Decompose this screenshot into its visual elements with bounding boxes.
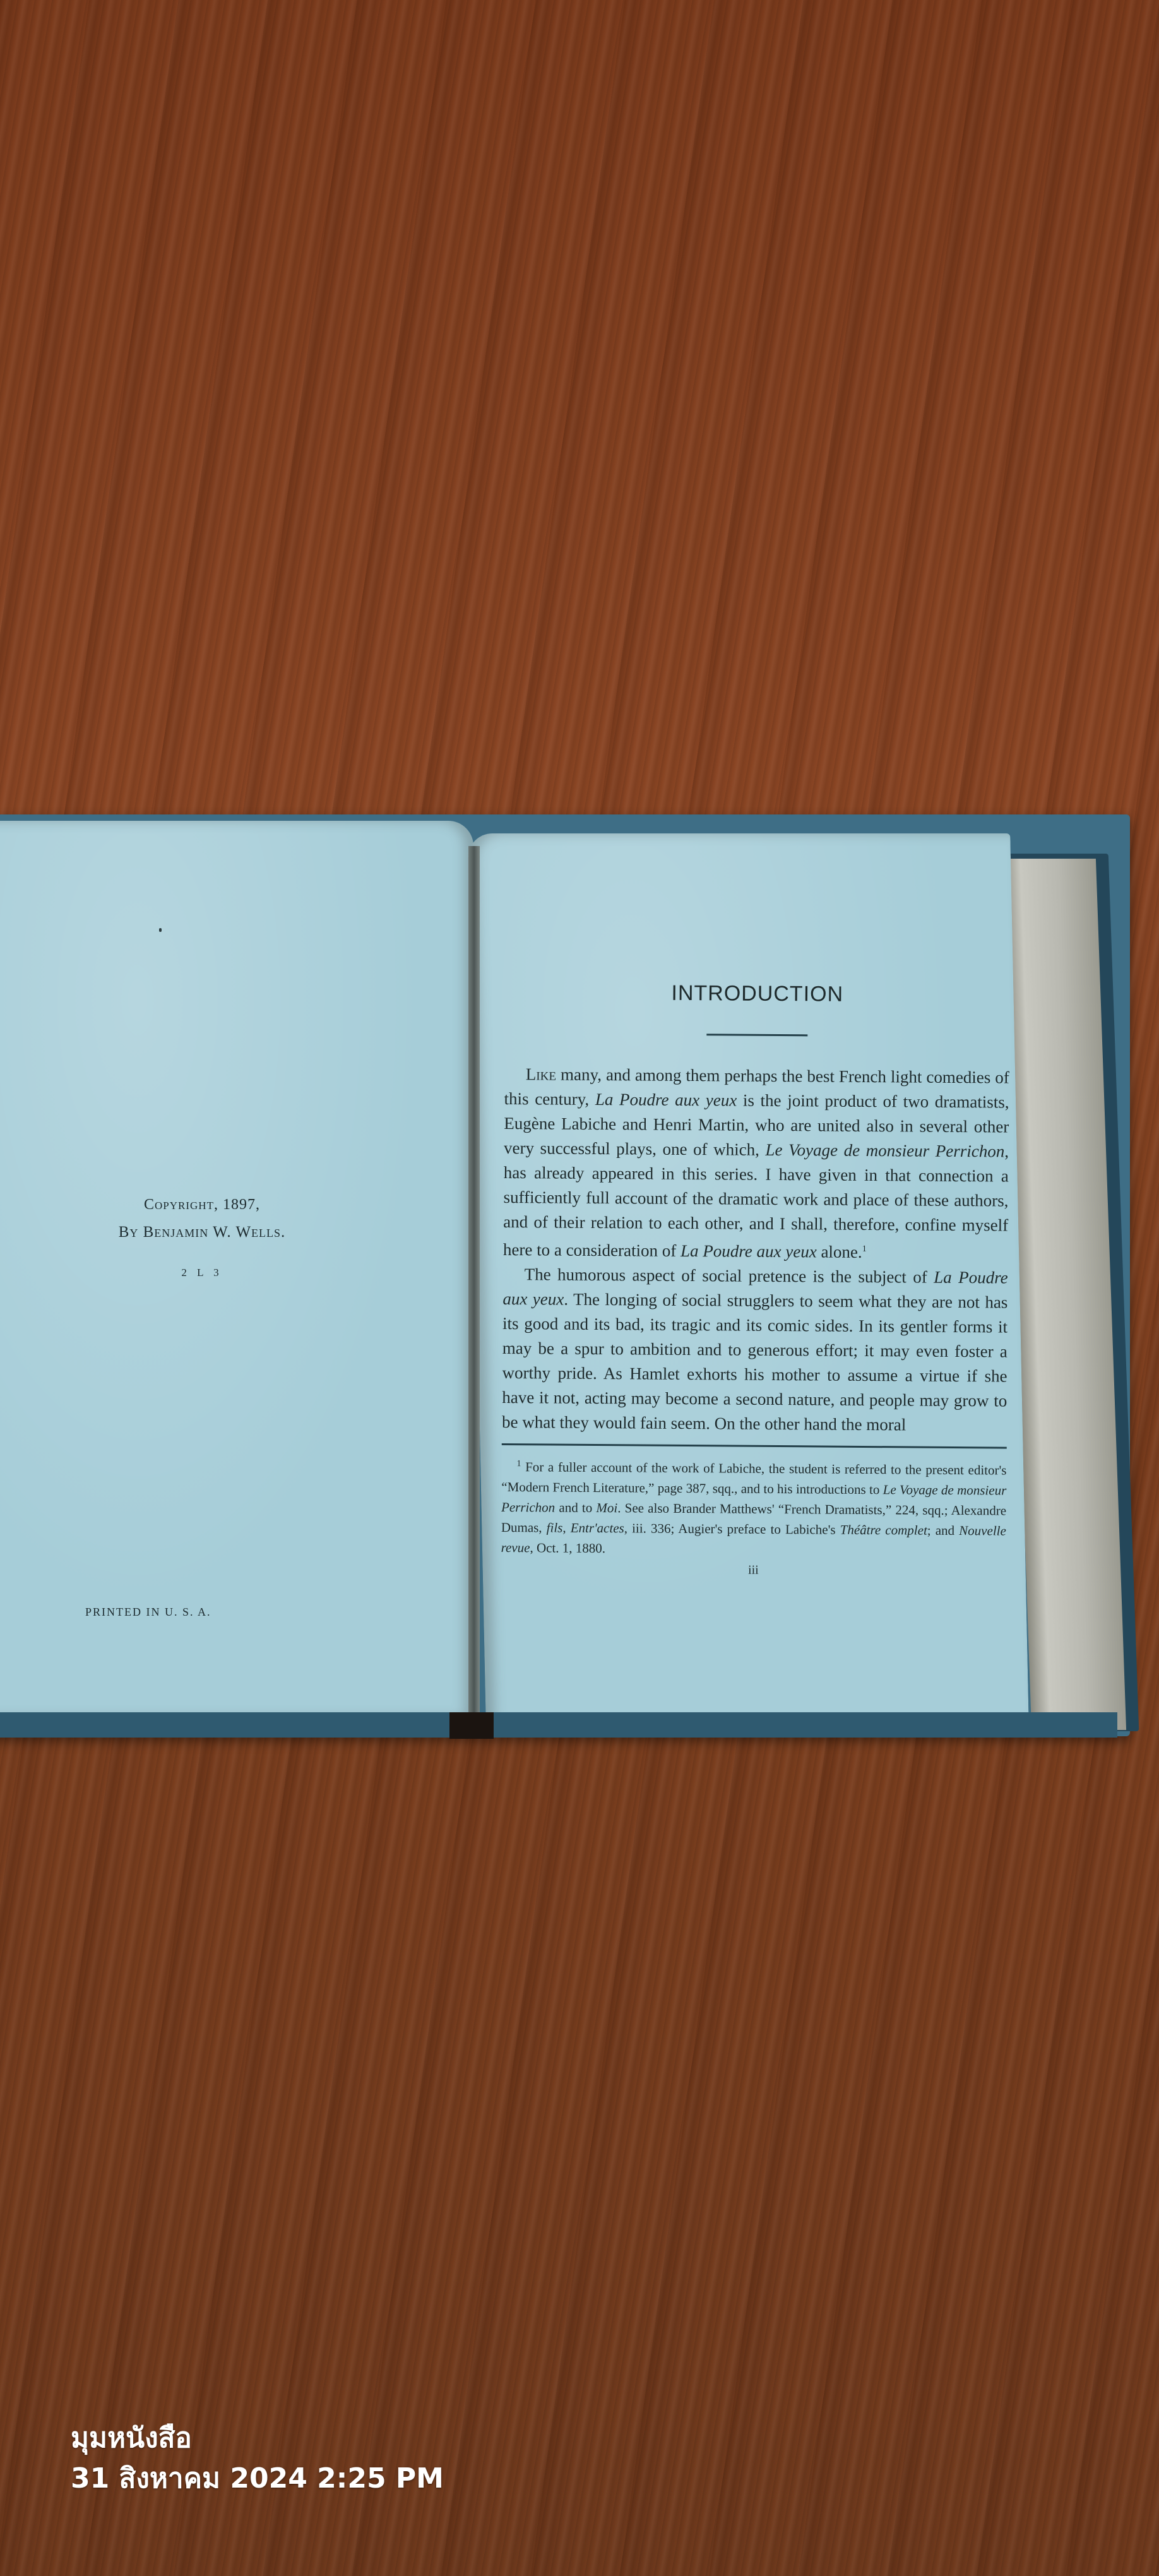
text-run: , Oct. 1, 1880. bbox=[530, 1540, 605, 1556]
work-title: Entr'actes bbox=[571, 1520, 624, 1536]
text-run: and to bbox=[555, 1500, 596, 1515]
text-run: , bbox=[562, 1520, 571, 1535]
copyright-author: By Benjamin W. Wells. bbox=[82, 1224, 322, 1241]
footnote: 1 For a fuller account of the work of La… bbox=[501, 1454, 1007, 1561]
signature-mark: 2 L 3 bbox=[82, 1267, 322, 1279]
photo-watermark: มุมหนังสือ 31 สิงหาคม 2024 2:25 PM bbox=[71, 2418, 444, 2499]
copyright-notice: Copyright, 1897, By Benjamin W. Wells. 2… bbox=[82, 1196, 322, 1279]
text-run: . The longing of social strugglers to se… bbox=[502, 1290, 1008, 1434]
work-title: La Poudre aux yeux bbox=[595, 1090, 737, 1110]
paragraph-1: Like many, and among them perhaps the be… bbox=[503, 1062, 1009, 1266]
work-title: La Poudre aux yeux bbox=[681, 1241, 817, 1261]
copyright-year: Copyright, 1897, bbox=[82, 1196, 322, 1213]
watermark-title: มุมหนังสือ bbox=[71, 2418, 444, 2459]
watermark-datetime: 31 สิงหาคม 2024 2:25 PM bbox=[71, 2459, 444, 2499]
ink-speck bbox=[159, 928, 162, 932]
work-title: Moi bbox=[596, 1500, 617, 1515]
footnote-1: 1 For a fuller account of the work of La… bbox=[501, 1454, 1007, 1561]
text-run: , iii. 336; Augier's preface to Labiche'… bbox=[624, 1520, 840, 1537]
work-title: Le Voyage de monsieur Perrichon bbox=[765, 1140, 1004, 1161]
paragraph-2: The humorous aspect of social pretence i… bbox=[502, 1262, 1008, 1438]
printed-in-usa: PRINTED IN U. S. A. bbox=[85, 1606, 211, 1619]
text-run: The humorous aspect of social pretence i… bbox=[525, 1265, 934, 1287]
drop-lead: Like bbox=[526, 1064, 556, 1083]
body-text: Like many, and among them perhaps the be… bbox=[502, 1062, 1009, 1438]
spine-gap bbox=[449, 1712, 494, 1739]
open-book: Copyright, 1897, By Benjamin W. Wells. 2… bbox=[0, 0, 1159, 2576]
work-title: fils bbox=[547, 1520, 563, 1535]
page-title: INTRODUCTION bbox=[505, 980, 1010, 1008]
title-rule bbox=[706, 1034, 807, 1036]
work-title: Théâtre complet bbox=[840, 1522, 927, 1538]
text-run: alone. bbox=[817, 1242, 862, 1261]
footnote-divider bbox=[502, 1443, 1007, 1449]
footnote-reference: 1 bbox=[862, 1244, 867, 1254]
text-run: ; and bbox=[927, 1523, 960, 1538]
introduction-page: INTRODUCTION Like many, and among them p… bbox=[501, 972, 1010, 1580]
cover-bottom-edge bbox=[0, 1712, 1117, 1738]
book-gutter bbox=[468, 846, 480, 1730]
